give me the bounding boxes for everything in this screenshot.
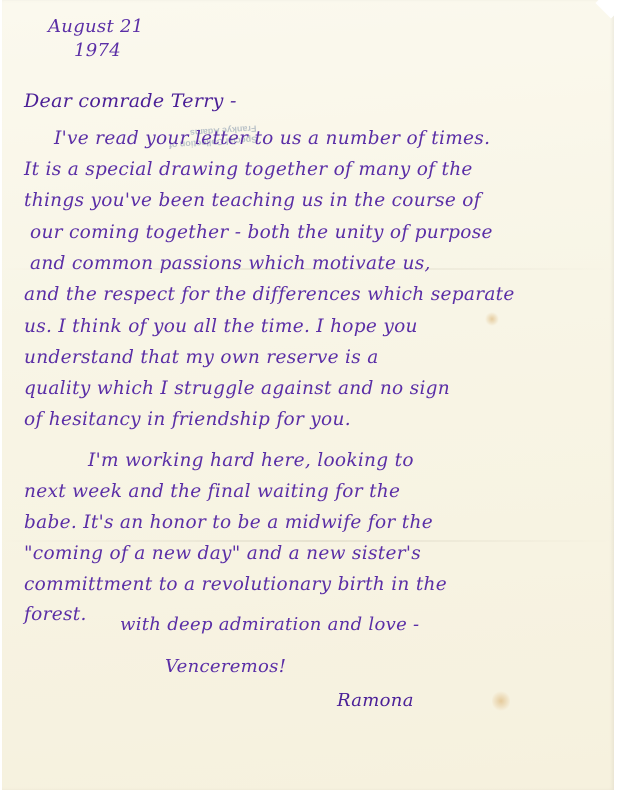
letter-date-line1: August 21: [48, 16, 144, 37]
letter-body-line: quality which I struggle against and no …: [24, 378, 450, 399]
letter-body-line: "coming of a new day" and a new sister's: [24, 543, 421, 564]
letter-body-line: of hesitancy in friendship for you.: [24, 409, 351, 430]
letter-body-line: understand that my own reserve is a: [24, 347, 379, 368]
letter-page: Special Collection of Frankye Adams Augu…: [2, 0, 614, 790]
letter-body-line: things you've been teaching us in the co…: [24, 190, 481, 211]
letter-body-line: babe. It's an honor to be a midwife for …: [24, 512, 433, 533]
letter-body-line: and the respect for the differences whic…: [24, 284, 515, 305]
letter-date-line2: 1974: [74, 40, 121, 61]
letter-body-line: committment to a revolutionary birth in …: [24, 574, 447, 595]
letter-body-line: I'm working hard here, looking to: [88, 450, 414, 471]
stain: [492, 690, 510, 712]
letter-closing: with deep admiration and love -: [120, 614, 419, 635]
fold-crease: [2, 540, 614, 542]
letter-body-line: and common passions which motivate us,: [30, 253, 431, 274]
letter-body-line: I've read your letter to us a number of …: [54, 128, 490, 149]
stain: [485, 312, 499, 326]
letter-salutation: Dear comrade Terry -: [24, 90, 237, 112]
letter-signature: Ramona: [337, 690, 414, 711]
paper-corner: [595, 0, 614, 19]
letter-valediction: Venceremos!: [165, 656, 286, 677]
letter-body-line: us. I think of you all the time. I hope …: [24, 316, 418, 337]
letter-body-line: our coming together - both the unity of …: [30, 222, 493, 243]
letter-body-line: It is a special drawing together of many…: [24, 159, 473, 180]
letter-body-line: forest.: [24, 604, 87, 625]
letter-body-line: next week and the final waiting for the: [24, 481, 400, 502]
